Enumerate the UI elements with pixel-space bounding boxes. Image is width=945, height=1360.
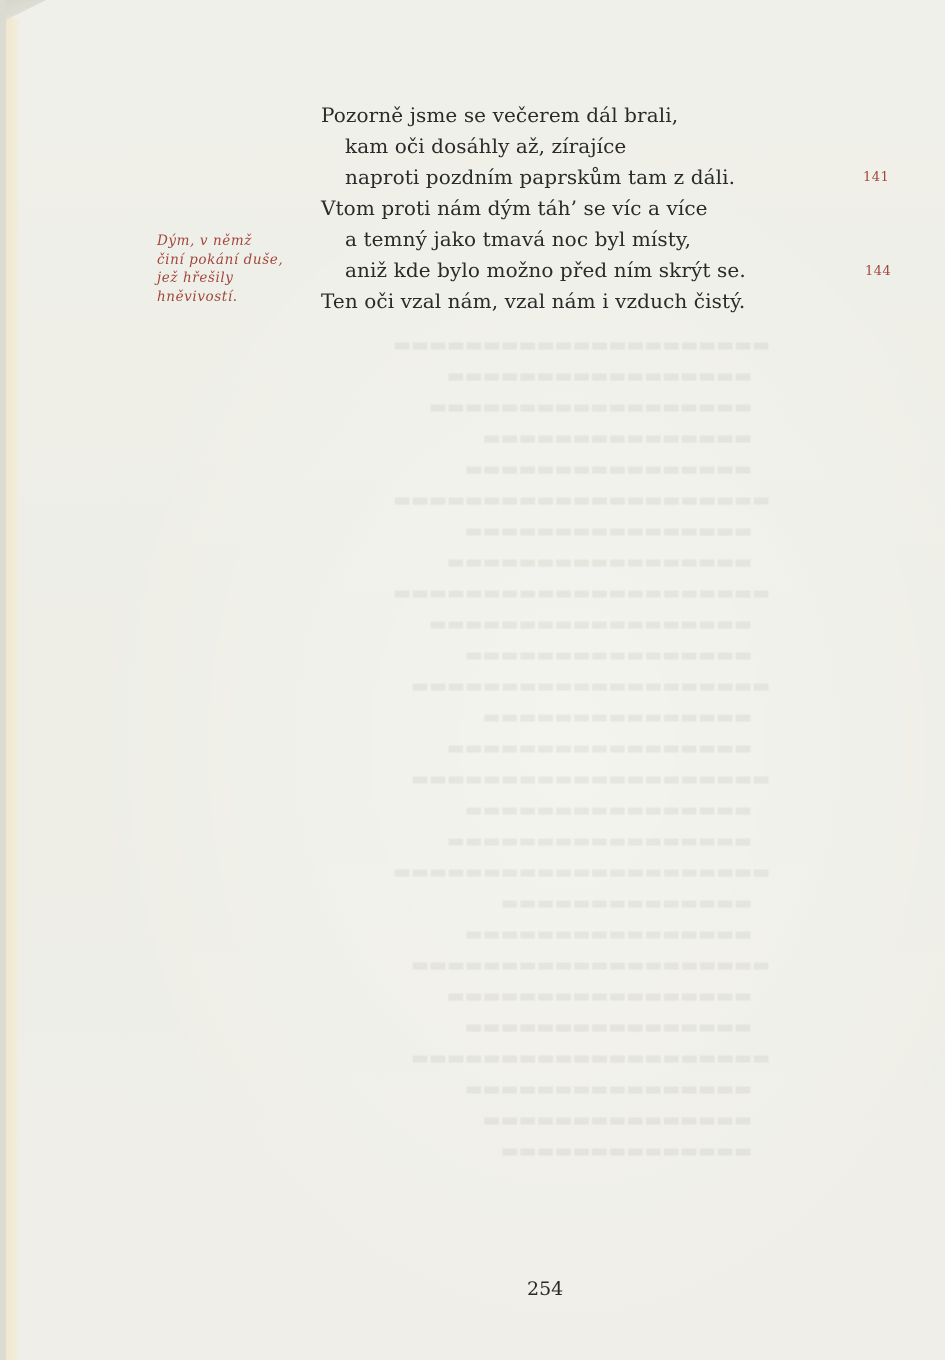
page-corner-fold <box>6 0 46 20</box>
verse-line: aniž kde bylo možno před ním skrýt se. <box>321 255 801 286</box>
line-number-141: 141 <box>863 170 889 185</box>
marginal-gloss: Dým, v němž činí pokání duše, jež hřešil… <box>157 232 307 306</box>
gloss-line: jež hřešily <box>157 269 307 288</box>
page-number: 254 <box>527 1278 563 1300</box>
binding-edge <box>6 18 20 1360</box>
show-through-texture: ▬▬▬▬▬▬▬▬▬▬▬▬▬▬▬▬▬▬▬▬▬ ▬▬▬▬▬▬▬▬▬▬▬▬▬▬▬▬▬ … <box>320 330 770 1230</box>
verse-stanza: Pozorně jsme se večerem dál brali, kam o… <box>321 100 801 317</box>
verse-line: Ten oči vzal nám, vzal nám i vzduch čist… <box>321 286 801 317</box>
gloss-line: činí pokání duše, <box>157 251 307 270</box>
book-page: ▬▬▬▬▬▬▬▬▬▬▬▬▬▬▬▬▬▬▬▬▬ ▬▬▬▬▬▬▬▬▬▬▬▬▬▬▬▬▬ … <box>0 0 945 1360</box>
line-number-144: 144 <box>865 264 891 279</box>
verse-line: Pozorně jsme se večerem dál brali, <box>321 100 801 131</box>
verse-line: a temný jako tmavá noc byl místy, <box>321 224 801 255</box>
verse-line: kam oči dosáhly až, zírajíce <box>321 131 801 162</box>
verse-line: Vtom proti nám dým táh’ se víc a více <box>321 193 801 224</box>
gloss-line: Dým, v němž <box>157 232 307 251</box>
verse-line: naproti pozdním paprskům tam z dáli. <box>321 162 801 193</box>
gloss-line: hněvivostí. <box>157 288 307 307</box>
